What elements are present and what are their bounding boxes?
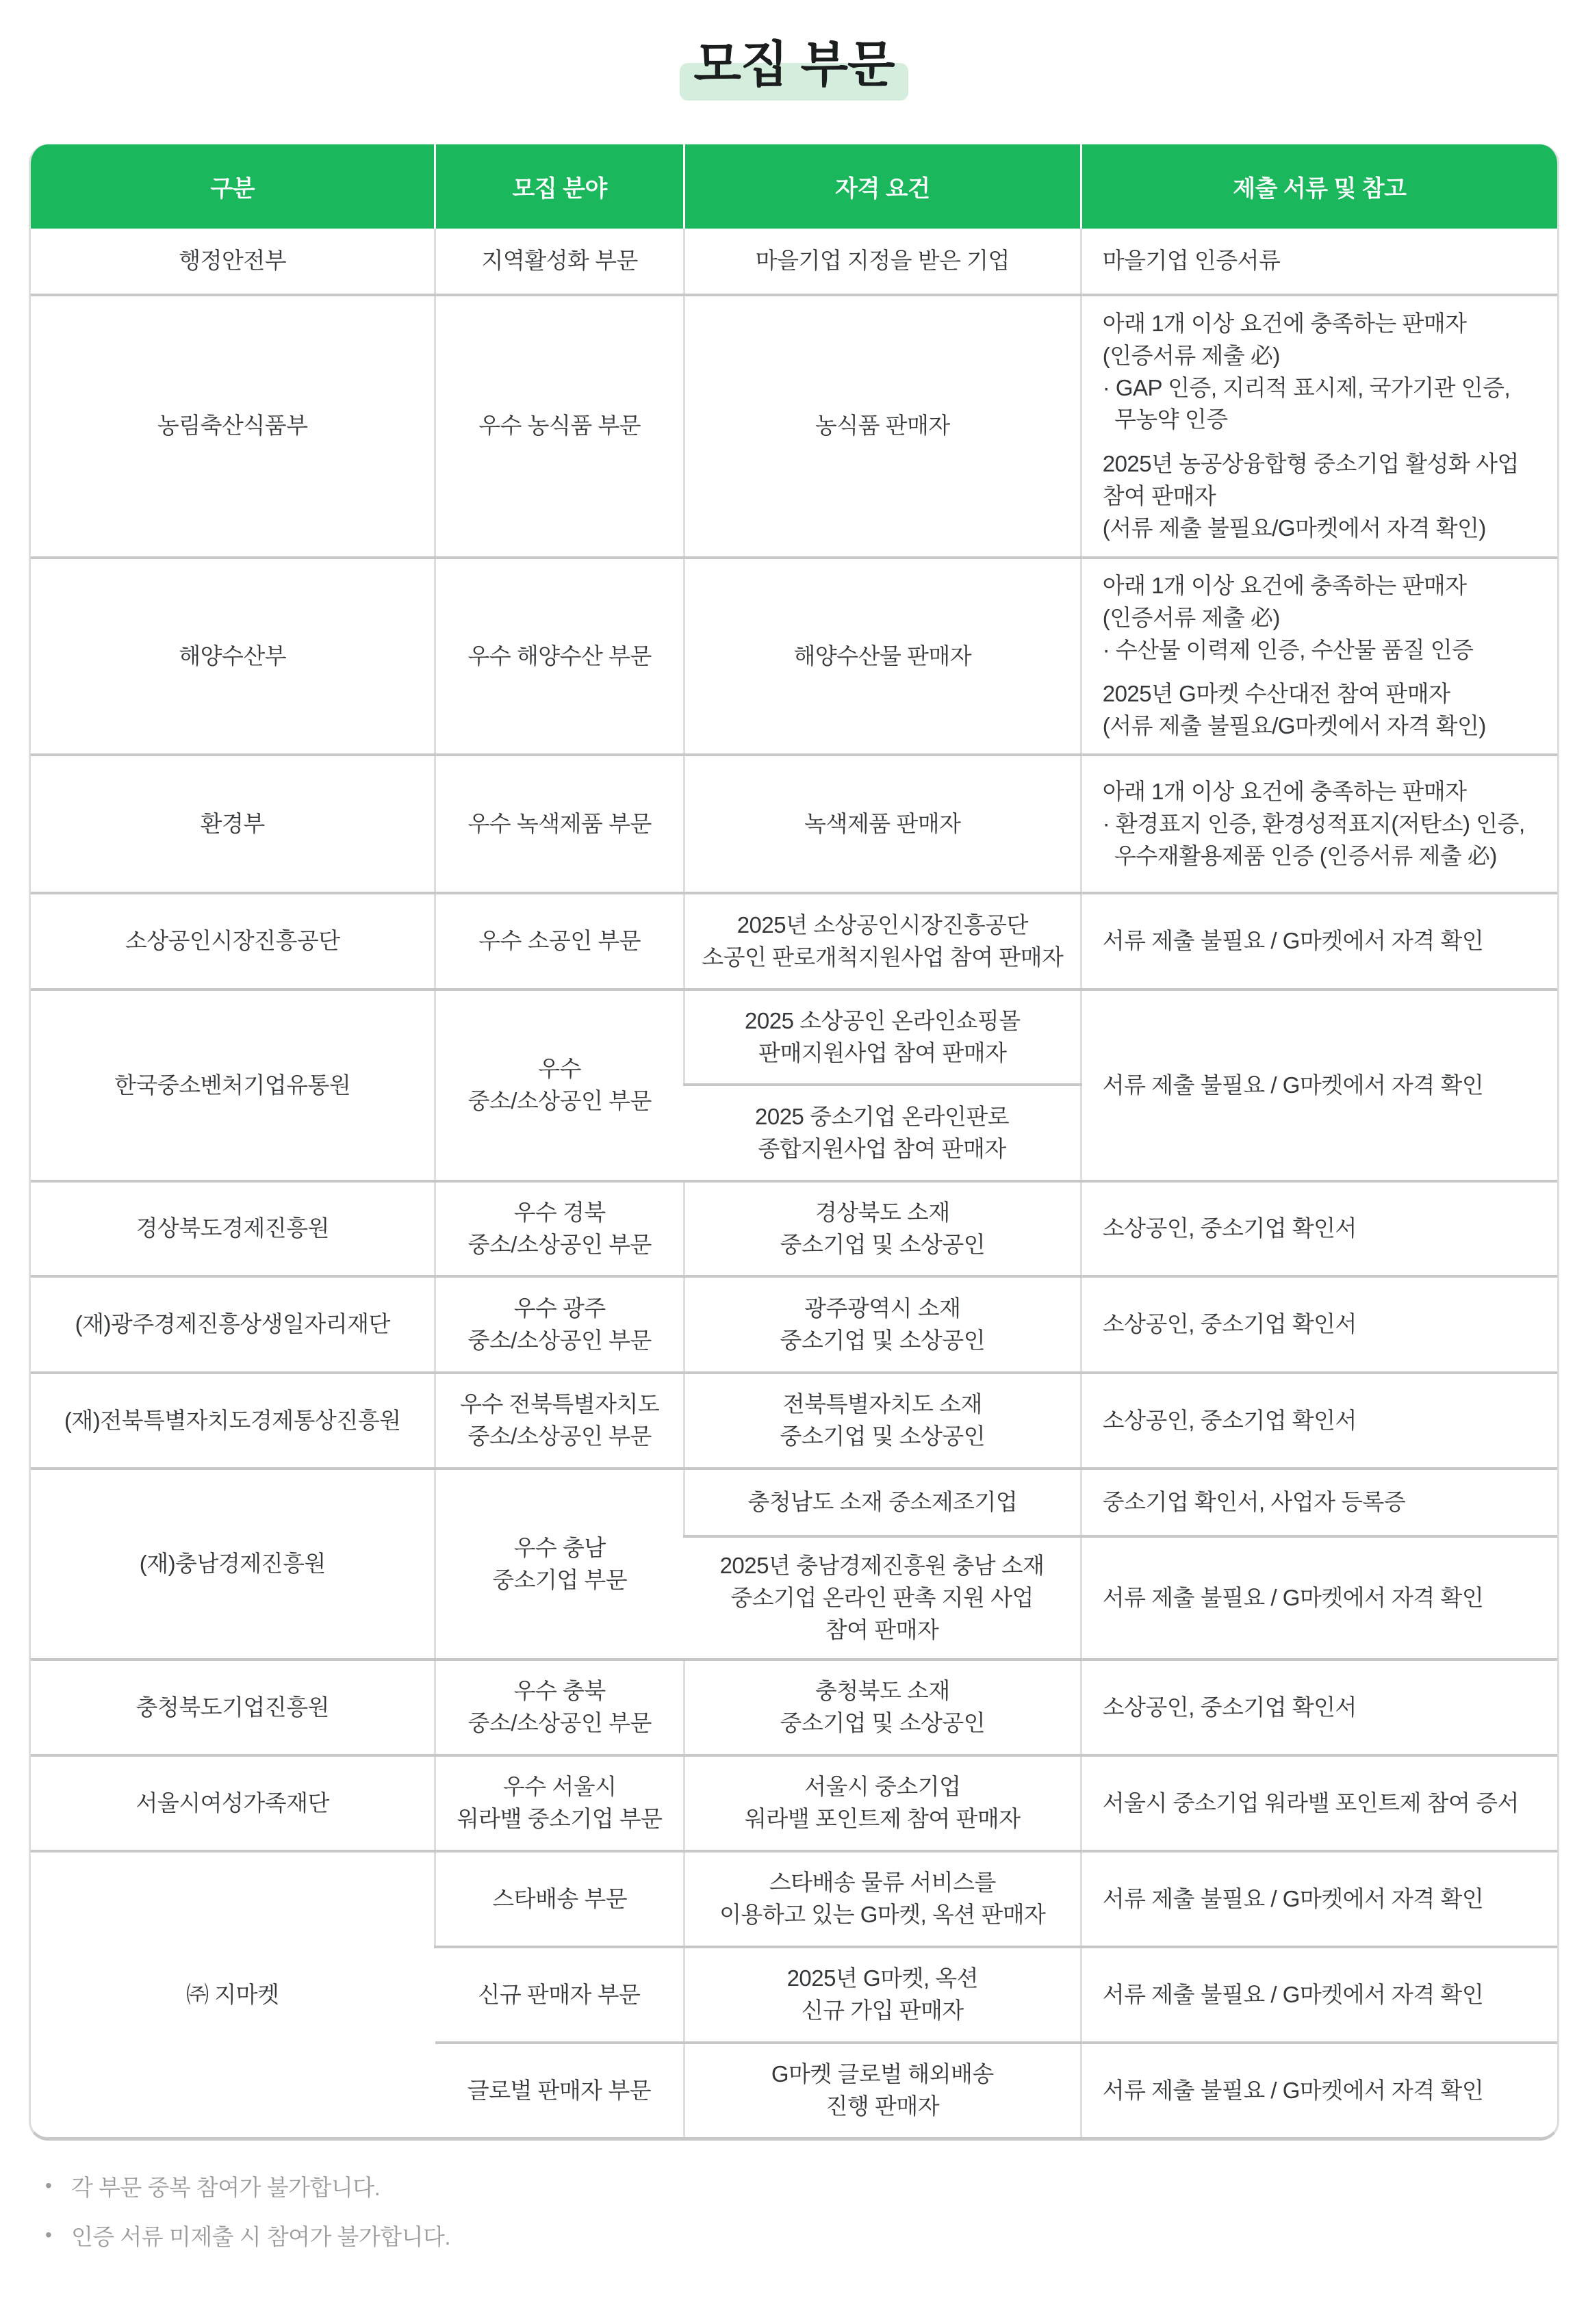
org-cell: 소상공인시장진흥공단	[31, 893, 435, 990]
qualification-cell: 스타배송 물류 서비스를 이용하고 있는 G마켓, 옥션 판매자	[684, 1851, 1081, 1947]
documents-cell: 아래 1개 이상 요건에 충족하는 판매자 (인증서류 제출 必) · GAP …	[1081, 295, 1557, 558]
field-cell: 우수 해양수산 부문	[435, 558, 684, 755]
recruitment-table: 구분 모집 분야 자격 요건 제출 서류 및 참고 행정안전부 지역활성화 부문…	[31, 144, 1557, 2137]
org-cell: 서울시여성가족재단	[31, 1755, 435, 1851]
page-title: 모집 부문	[689, 37, 898, 94]
field-cell: 우수 충남 중소기업 부문	[435, 1469, 684, 1660]
documents-cell: 서류 제출 불필요 / G마켓에서 자격 확인	[1081, 990, 1557, 1181]
documents-cell: 서류 제출 불필요 / G마켓에서 자격 확인	[1081, 1947, 1557, 2043]
table-row: 충청북도기업진흥원 우수 충북 중소/소상공인 부문 충청북도 소재 중소기업 …	[31, 1660, 1557, 1755]
documents-cell: 소상공인, 중소기업 확인서	[1081, 1181, 1557, 1276]
field-cell: 스타배송 부문	[435, 1851, 684, 1947]
org-cell: 한국중소벤처기업유통원	[31, 990, 435, 1181]
field-cell: 우수 중소/소상공인 부문	[435, 990, 684, 1181]
table-row: (재)전북특별자치도경제통상진흥원 우수 전북특별자치도 중소/소상공인 부문 …	[31, 1373, 1557, 1469]
qualification-cell: 전북특별자치도 소재 중소기업 및 소상공인	[684, 1373, 1081, 1469]
table-row: 한국중소벤처기업유통원 우수 중소/소상공인 부문 2025 소상공인 온라인쇼…	[31, 990, 1557, 1085]
qualification-cell: 2025년 충남경제진흥원 충남 소재 중소기업 온라인 판촉 지원 사업 참여…	[684, 1536, 1081, 1660]
org-cell: ㈜ 지마켓	[31, 1851, 435, 2137]
qualification-cell: 경상북도 소재 중소기업 및 소상공인	[684, 1181, 1081, 1276]
table-row: 경상북도경제진흥원 우수 경북 중소/소상공인 부문 경상북도 소재 중소기업 …	[31, 1181, 1557, 1276]
field-cell: 우수 서울시 워라밸 중소기업 부문	[435, 1755, 684, 1851]
qualification-cell: 서울시 중소기업 워라밸 포인트제 참여 판매자	[684, 1755, 1081, 1851]
documents-cell: 중소기업 확인서, 사업자 등록증	[1081, 1469, 1557, 1536]
header-qualification: 자격 요건	[684, 144, 1081, 229]
org-cell: 환경부	[31, 755, 435, 893]
page: 모집 부문 구분 모집 분야 자격 요건 제출 서류 및 참고 행정안전부 지역…	[0, 0, 1588, 2324]
org-cell: 해양수산부	[31, 558, 435, 755]
qualification-cell: 2025 소상공인 온라인쇼핑몰 판매지원사업 참여 판매자	[684, 990, 1081, 1085]
header-documents: 제출 서류 및 참고	[1081, 144, 1557, 229]
field-cell: 우수 경북 중소/소상공인 부문	[435, 1181, 684, 1276]
table-row: (재)광주경제진흥상생일자리재단 우수 광주 중소/소상공인 부문 광주광역시 …	[31, 1276, 1557, 1373]
field-cell: 우수 충북 중소/소상공인 부문	[435, 1660, 684, 1755]
field-cell: 우수 전북특별자치도 중소/소상공인 부문	[435, 1373, 684, 1469]
field-cell: 지역활성화 부문	[435, 229, 684, 295]
documents-cell: 소상공인, 중소기업 확인서	[1081, 1660, 1557, 1755]
field-cell: 글로벌 판매자 부문	[435, 2043, 684, 2137]
qualification-cell: 2025년 소상공인시장진흥공단 소공인 판로개척지원사업 참여 판매자	[684, 893, 1081, 990]
field-cell: 우수 광주 중소/소상공인 부문	[435, 1276, 684, 1373]
field-cell: 우수 소공인 부문	[435, 893, 684, 990]
documents-cell: 서류 제출 불필요 / G마켓에서 자격 확인	[1081, 2043, 1557, 2137]
footer-notes: 각 부문 중복 참여가 불가합니다. 인증 서류 미제출 시 참여가 불가합니다…	[44, 2172, 1588, 2253]
qualification-cell: 2025 중소기업 온라인판로 종합지원사업 참여 판매자	[684, 1085, 1081, 1181]
table-row: 환경부 우수 녹색제품 부문 녹색제품 판매자 아래 1개 이상 요건에 충족하…	[31, 755, 1557, 893]
documents-cell: 아래 1개 이상 요건에 충족하는 판매자 (인증서류 제출 必) · 수산물 …	[1081, 558, 1557, 755]
qualification-cell: 농식품 판매자	[684, 295, 1081, 558]
recruitment-table-wrap: 구분 모집 분야 자격 요건 제출 서류 및 참고 행정안전부 지역활성화 부문…	[29, 144, 1559, 2141]
field-cell: 우수 녹색제품 부문	[435, 755, 684, 893]
org-cell: (재)전북특별자치도경제통상진흥원	[31, 1373, 435, 1469]
org-cell: 농림축산식품부	[31, 295, 435, 558]
documents-cell: 서류 제출 불필요 / G마켓에서 자격 확인	[1081, 1851, 1557, 1947]
documents-cell: 소상공인, 중소기업 확인서	[1081, 1373, 1557, 1469]
documents-cell: 소상공인, 중소기업 확인서	[1081, 1276, 1557, 1373]
table-row: (재)충남경제진흥원 우수 충남 중소기업 부문 충청남도 소재 중소제조기업 …	[31, 1469, 1557, 1536]
qualification-cell: 광주광역시 소재 중소기업 및 소상공인	[684, 1276, 1081, 1373]
footer-note: 각 부문 중복 참여가 불가합니다.	[44, 2172, 1588, 2204]
documents-cell: 서류 제출 불필요 / G마켓에서 자격 확인	[1081, 1536, 1557, 1660]
table-row: 농림축산식품부 우수 농식품 부문 농식품 판매자 아래 1개 이상 요건에 충…	[31, 295, 1557, 558]
org-cell: 행정안전부	[31, 229, 435, 295]
documents-cell: 아래 1개 이상 요건에 충족하는 판매자 · 환경표지 인증, 환경성적표지(…	[1081, 755, 1557, 893]
documents-cell: 서류 제출 불필요 / G마켓에서 자격 확인	[1081, 893, 1557, 990]
qualification-cell: 녹색제품 판매자	[684, 755, 1081, 893]
header-field: 모집 분야	[435, 144, 684, 229]
table-row: 소상공인시장진흥공단 우수 소공인 부문 2025년 소상공인시장진흥공단 소공…	[31, 893, 1557, 990]
qualification-cell: 충청북도 소재 중소기업 및 소상공인	[684, 1660, 1081, 1755]
qualification-cell: 충청남도 소재 중소제조기업	[684, 1469, 1081, 1536]
documents-cell: 서울시 중소기업 워라밸 포인트제 참여 증서	[1081, 1755, 1557, 1851]
table-row: ㈜ 지마켓 스타배송 부문 스타배송 물류 서비스를 이용하고 있는 G마켓, …	[31, 1851, 1557, 1947]
table-row: 서울시여성가족재단 우수 서울시 워라밸 중소기업 부문 서울시 중소기업 워라…	[31, 1755, 1557, 1851]
org-cell: 경상북도경제진흥원	[31, 1181, 435, 1276]
qualification-cell: 해양수산물 판매자	[684, 558, 1081, 755]
field-cell: 우수 농식품 부문	[435, 295, 684, 558]
org-cell: (재)광주경제진흥상생일자리재단	[31, 1276, 435, 1373]
header-row: 구분 모집 분야 자격 요건 제출 서류 및 참고	[31, 144, 1557, 229]
table-row: 해양수산부 우수 해양수산 부문 해양수산물 판매자 아래 1개 이상 요건에 …	[31, 558, 1557, 755]
title-row: 모집 부문	[0, 37, 1588, 94]
org-cell: (재)충남경제진흥원	[31, 1469, 435, 1660]
table-row: 행정안전부 지역활성화 부문 마을기업 지정을 받은 기업 마을기업 인증서류	[31, 229, 1557, 295]
footer-note: 인증 서류 미제출 시 참여가 불가합니다.	[44, 2221, 1588, 2253]
field-cell: 신규 판매자 부문	[435, 1947, 684, 2043]
documents-cell: 마을기업 인증서류	[1081, 229, 1557, 295]
qualification-cell: 2025년 G마켓, 옥션 신규 가입 판매자	[684, 1947, 1081, 2043]
qualification-cell: 마을기업 지정을 받은 기업	[684, 229, 1081, 295]
header-category: 구분	[31, 144, 435, 229]
org-cell: 충청북도기업진흥원	[31, 1660, 435, 1755]
qualification-cell: G마켓 글로벌 해외배송 진행 판매자	[684, 2043, 1081, 2137]
